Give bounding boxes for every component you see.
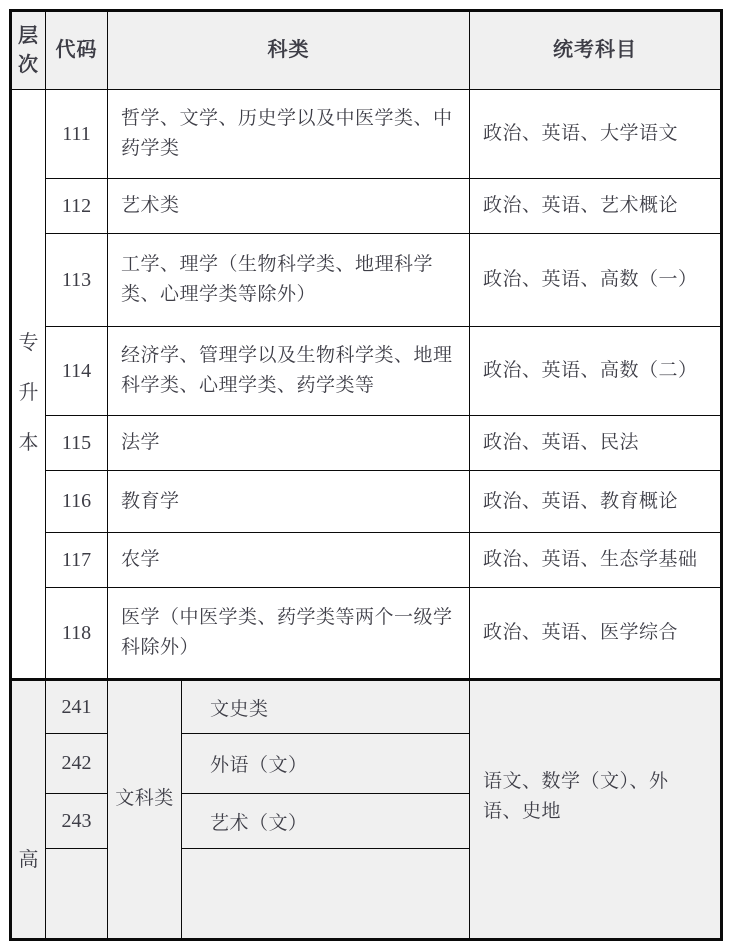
section-zhuanshengben: 专 升 本 111 哲学、文学、历史学以及中医学类、中 药学类 政治、英语、大学… bbox=[12, 90, 720, 678]
table-row: 114 经济学、管理学以及生物科学类、地理 科学类、心理学类、药学类等 政治、英… bbox=[46, 327, 720, 416]
code-cell: 116 bbox=[46, 471, 108, 532]
table-row: 116 教育学 政治、英语、教育概论 bbox=[46, 471, 720, 533]
subjects-cell: 政治、英语、艺术概论 bbox=[470, 179, 720, 233]
table-row: 112 艺术类 政治、英语、艺术概论 bbox=[46, 179, 720, 234]
code-cell: 118 bbox=[46, 588, 108, 678]
table-row: 113 工学、理学（生物科学类、地理科学 类、心理学类等除外） 政治、英语、高数… bbox=[46, 234, 720, 327]
subcategory-cell-partial bbox=[182, 849, 469, 859]
category-cell: 哲学、文学、历史学以及中医学类、中 药学类 bbox=[108, 90, 470, 178]
code-cell: 242 bbox=[46, 734, 107, 794]
category-cell: 教育学 bbox=[108, 471, 470, 532]
code-column: 241 242 243 bbox=[46, 681, 108, 859]
subjects-cell: 政治、英语、高数（二） bbox=[470, 327, 720, 415]
header-cell-level: 层 次 bbox=[12, 12, 46, 89]
code-cell: 112 bbox=[46, 179, 108, 233]
table-row: 111 哲学、文学、历史学以及中医学类、中 药学类 政治、英语、大学语文 bbox=[46, 90, 720, 179]
subjects-cell: 政治、英语、医学综合 bbox=[470, 588, 720, 678]
category-cell: 艺术类 bbox=[108, 179, 470, 233]
code-cell: 114 bbox=[46, 327, 108, 415]
table-header-row: 层 次 代码 科类 统考科目 bbox=[12, 12, 720, 90]
exam-subjects-table: 层 次 代码 科类 统考科目 专 升 本 111 哲学、文学、历史学以及中医学类… bbox=[9, 9, 723, 859]
subcategory-cell: 艺术（文） bbox=[182, 794, 469, 849]
table-row: 118 医学（中医学类、药学类等两个一级学 科除外） 政治、英语、医学综合 bbox=[46, 588, 720, 678]
subcategory-column: 文史类 外语（文） 艺术（文） bbox=[182, 681, 470, 859]
subcategory-cell: 外语（文） bbox=[182, 734, 469, 794]
code-cell: 111 bbox=[46, 90, 108, 178]
level-label-zhuanshengben: 专 升 本 bbox=[12, 90, 46, 678]
category-cell: 经济学、管理学以及生物科学类、地理 科学类、心理学类、药学类等 bbox=[108, 327, 470, 415]
table-row: 115 法学 政治、英语、民法 bbox=[46, 416, 720, 471]
header-cell-category: 科类 bbox=[108, 12, 470, 89]
header-cell-code: 代码 bbox=[46, 12, 108, 89]
group-cell-wenke: 文科类 bbox=[108, 681, 182, 859]
category-cell: 农学 bbox=[108, 533, 470, 587]
subjects-cell-merged: 语文、数学（文）、外 语、史地 bbox=[470, 681, 720, 859]
code-cell: 117 bbox=[46, 533, 108, 587]
code-cell: 241 bbox=[46, 681, 107, 734]
category-cell: 医学（中医学类、药学类等两个一级学 科除外） bbox=[108, 588, 470, 678]
section-gaoqiben: 高 241 242 243 文科类 文史类 外语（文） 艺术（文） 语文、数学（… bbox=[12, 678, 720, 859]
subjects-cell: 政治、英语、民法 bbox=[470, 416, 720, 470]
table-row: 117 农学 政治、英语、生态学基础 bbox=[46, 533, 720, 588]
code-cell: 113 bbox=[46, 234, 108, 326]
subjects-cell: 政治、英语、大学语文 bbox=[470, 90, 720, 178]
subjects-cell: 政治、英语、教育概论 bbox=[470, 471, 720, 532]
subcategory-cell: 文史类 bbox=[182, 681, 469, 734]
code-cell-partial bbox=[46, 849, 107, 859]
code-cell: 243 bbox=[46, 794, 107, 849]
category-cell: 法学 bbox=[108, 416, 470, 470]
level-label-partial: 高 bbox=[12, 681, 46, 859]
header-cell-subjects: 统考科目 bbox=[470, 12, 720, 89]
category-cell: 工学、理学（生物科学类、地理科学 类、心理学类等除外） bbox=[108, 234, 470, 326]
code-cell: 115 bbox=[46, 416, 108, 470]
subjects-cell: 政治、英语、高数（一） bbox=[470, 234, 720, 326]
subjects-cell: 政治、英语、生态学基础 bbox=[470, 533, 720, 587]
